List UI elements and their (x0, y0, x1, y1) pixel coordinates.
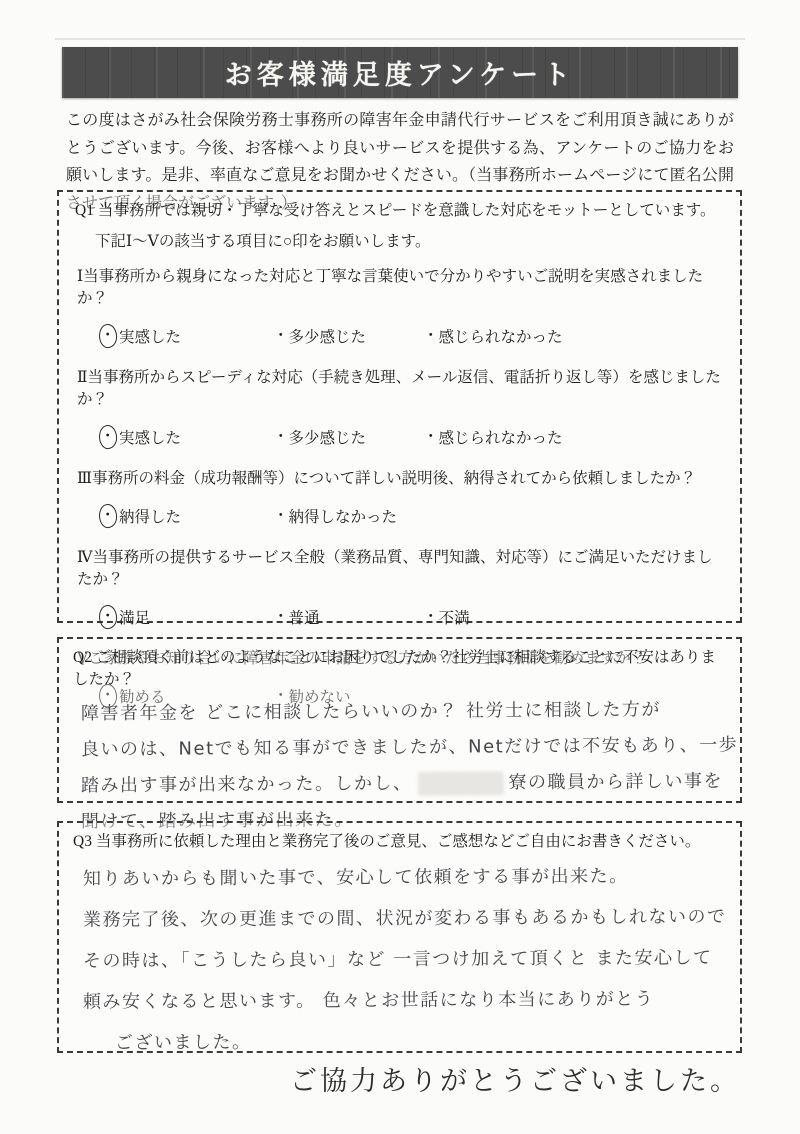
q3-answer-line-1: 知りあいからも聞いた事で、安心して依頼をする事が出来た。 (83, 855, 726, 899)
option-selected: ・ 実感した (99, 324, 273, 348)
option-label: 納得した (119, 505, 181, 527)
q3-heading: Q3 当事務所に依頼した理由と業務完了後のご意見、ご感想などご自由にお書きくださ… (73, 831, 726, 853)
option-label: 納得しなかった (289, 505, 398, 527)
option-bullet: ・ (99, 507, 116, 524)
q3-answer-line-4: 頼み安くなると思います。 色々とお世話になり本当にありがとう (83, 978, 726, 1022)
option-label: 満足 (119, 606, 150, 628)
q1-heading-line2: 下記Ⅰ～Ⅴの該当する項目に○印をお願いします。 (95, 229, 724, 251)
option: ・ 感じられなかった (423, 426, 563, 448)
option: ・ 不満 (423, 606, 470, 628)
q1-item-3-options: ・ 納得した ・ 納得しなかった (99, 499, 724, 532)
option: ・ 納得しなかった (273, 505, 397, 527)
option-bullet: ・ (273, 508, 289, 524)
option-label: 多少感じた (289, 426, 367, 448)
q1-section-box: Q1 当事務所では親切・丁寧な受け答えとスピードを意識した対応をモットーとしてい… (57, 190, 742, 623)
q3-answer-line-2: 業務完了後、次の更進までの間、状況が変わる事もあるかもしれないので (83, 896, 726, 940)
title-banner: お客様満足度アンケート (62, 47, 738, 98)
q1-item-3-question: Ⅲ事務所の料金（成功報酬等）について詳しい説明後、納得されてから依頼しましたか？ (77, 468, 724, 490)
redacted-privacy-blur (417, 771, 503, 796)
option-label: 実感した (119, 426, 181, 448)
handdrawn-circle-mark: ・ (98, 603, 119, 629)
q1-item-1-question: Ⅰ当事務所から親身になった対応と丁寧な言葉使いで分かりやすいご説明を実感されまし… (77, 266, 724, 310)
option-bullet: ・ (423, 328, 439, 344)
option-bullet: ・ (99, 327, 116, 344)
option-selected: ・ 実感した (99, 425, 273, 449)
page-title: お客様満足度アンケート (225, 53, 575, 92)
option-label: 普通 (289, 606, 320, 628)
option-marker: ・ (423, 429, 439, 445)
q2-line3-post: 寮の職員から詳しい事を (508, 771, 723, 793)
q1-item-1-options: ・ 実感した ・ 多少感じた ・ 感じられなかった (99, 319, 724, 352)
option-label: 実感した (119, 325, 181, 347)
option-marker: ・ (423, 609, 439, 625)
q2-section-box: Q2 ご相談頂く前はどのようなことにお困りでしたか？社労士に相談することに不安は… (57, 637, 742, 803)
survey-scan-page: お客様満足度アンケート この度はさがみ社会保険労務士事務所の障害年金申請代行サー… (0, 0, 800, 1134)
q2-answer-line-1: 障害者年金を どこに相談したらいいのか？ 社労士に相談した方が (81, 692, 726, 733)
option: ・ 多少感じた (273, 325, 423, 347)
handdrawn-circle-mark: ・ (98, 502, 119, 528)
q3-answer-line-5: ございました。 (115, 1019, 726, 1063)
q1-item-4-question: Ⅳ当事務所の提供するサービス全般（業務品質、専門知識、対応等）にご満足いただけま… (77, 547, 724, 591)
option-selected: ・ 納得した (99, 504, 273, 528)
option-selected: ・ 満足 (99, 605, 273, 629)
option-marker: ・ (273, 328, 289, 344)
option: ・ 多少感じた (273, 426, 423, 448)
option-bullet: ・ (423, 609, 439, 625)
q1-heading-line1: Q1 当事務所では親切・丁寧な受け答えとスピードを意識した対応をモットーとしてい… (75, 200, 724, 222)
option-bullet: ・ (423, 429, 439, 445)
option-bullet: ・ (273, 609, 289, 625)
q2-answer-line-2: 良いのは、Netでも知る事ができましたが、Netだけでは不安もあり、一歩 (81, 728, 726, 769)
option-marker: ・ (423, 328, 439, 344)
handdrawn-circle-mark: ・ (98, 322, 119, 348)
option-label: 多少感じた (289, 325, 367, 347)
option-marker: ・ (273, 508, 289, 524)
handdrawn-circle-mark: ・ (98, 423, 119, 449)
q3-section-box: Q3 当事務所に依頼した理由と業務完了後のご意見、ご感想などご自由にお書きくださ… (57, 821, 742, 1053)
option: ・ 普通 (273, 606, 423, 628)
option-bullet: ・ (273, 429, 289, 445)
q1-item-2-options: ・ 実感した ・ 多少感じた ・ 感じられなかった (99, 420, 724, 453)
q2-heading: Q2 ご相談頂く前はどのようなことにお困りでしたか？社労士に相談することに不安は… (73, 647, 726, 691)
q2-answer-line-3: 踏み出す事が出来なかった。しかし、寮の職員から詳しい事を (81, 764, 726, 805)
option: ・ 感じられなかった (423, 325, 563, 347)
option-marker: ・ (273, 609, 289, 625)
option-marker: ・ (273, 429, 289, 445)
option-bullet: ・ (99, 428, 116, 445)
option-label: 感じられなかった (439, 426, 563, 448)
scan-edge-artifact (55, 38, 745, 40)
q3-answer-line-3: その時は、「こうしたら良い」など 一言つけ加えて頂くと また安心して (83, 937, 726, 981)
q1-item-4-options: ・ 満足 ・ 普通 ・ 不満 (99, 600, 724, 633)
q2-line3-pre: 踏み出す事が出来なかった。しかし、 (81, 773, 413, 796)
q1-item-2-question: Ⅱ当事務所からスピーディな対応（手続き処理、メール返信、電話折り返し等）を感じま… (77, 367, 724, 411)
option-bullet: ・ (99, 608, 116, 625)
option-label: 感じられなかった (439, 325, 563, 347)
option-label: 不満 (439, 606, 470, 628)
option-bullet: ・ (273, 328, 289, 344)
closing-thanks-text: ご協力ありがとうございました。 (290, 1059, 740, 1098)
